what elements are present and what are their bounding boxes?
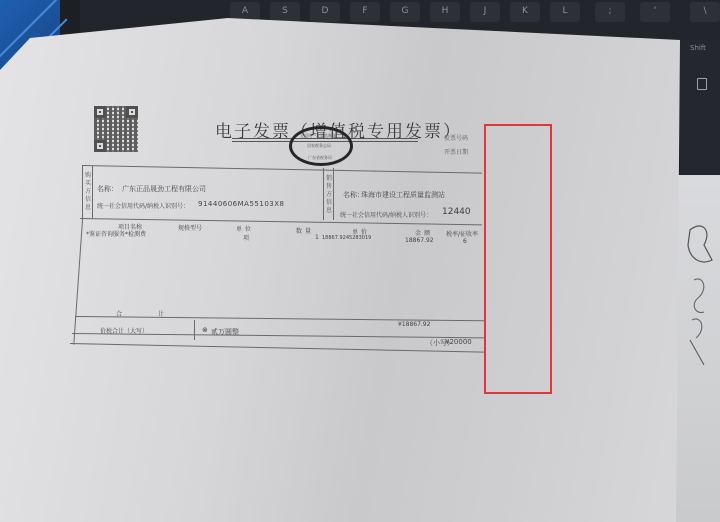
- seller-tax-id-label: 统一社会信用代码/纳税人识别号：: [340, 210, 432, 219]
- item-unit: 项: [243, 233, 249, 242]
- item-quantity: 1: [315, 234, 319, 241]
- subtotal-amount: ¥18867.92: [398, 321, 430, 328]
- buyer-name: 广东正品晟劲工程有限公司: [122, 184, 206, 194]
- buyer-name-label: 名称：: [97, 184, 118, 194]
- table-top-border: [82, 165, 482, 174]
- party-divider: [323, 168, 324, 220]
- table-left-border-top: [82, 165, 83, 220]
- buyer-label-divider: [92, 166, 93, 218]
- seller-name: 珠海市建设工程质量监测站: [361, 190, 445, 200]
- header-spec-model: 规格型号: [178, 223, 202, 232]
- subtotal-label: 合 计: [116, 309, 172, 318]
- item-amount: 18867.92: [405, 237, 434, 244]
- table-bottom-border: [70, 343, 484, 353]
- buyer-section-label: 购买方信息: [84, 172, 92, 212]
- item-tax-rate: 6: [463, 238, 467, 245]
- seller-label-divider: [333, 168, 334, 220]
- invoice-number-label: 发票号码: [444, 133, 468, 142]
- stamp-bottom-text: 广东省税务局: [308, 155, 332, 161]
- item-name: *鉴证咨询服务*检测费: [86, 229, 146, 238]
- header-amount: 金额: [415, 228, 433, 237]
- qr-code: [94, 106, 138, 152]
- total-words-value: 贰万圆整: [211, 327, 239, 337]
- seller-section-label: 销售方信息: [325, 175, 333, 215]
- total-divider: [194, 320, 195, 340]
- invoice: 电子发票（增值税专用发票） 全国统一发票监制章 国家税务总局 广东省税务局 发票…: [0, 0, 720, 522]
- buyer-tax-id: 91440606MA55103X8: [198, 200, 284, 208]
- cancel-circle-icon: ⊗: [202, 326, 208, 334]
- buyer-tax-id-label: 统一社会信用代码/纳税人识别号：: [97, 201, 189, 210]
- issue-date-label: 开票日期: [444, 147, 468, 156]
- item-unit-price: 18867.9245283019: [322, 235, 371, 241]
- red-annotation-box: [484, 124, 552, 394]
- table-left-border: [73, 220, 83, 345]
- header-tax-rate: 税率/征收率: [446, 229, 478, 238]
- seller-tax-id: 12440: [442, 207, 471, 217]
- header-quantity: 数量: [296, 226, 314, 235]
- total-small-value: ¥20000: [445, 338, 472, 346]
- stamp-top-text: 全国统一发票监制章: [300, 133, 336, 139]
- stamp-middle-text: 国家税务总局: [307, 143, 331, 149]
- header-unit: 单位: [236, 224, 254, 233]
- total-words-label: 价税合计（大写）: [100, 326, 148, 335]
